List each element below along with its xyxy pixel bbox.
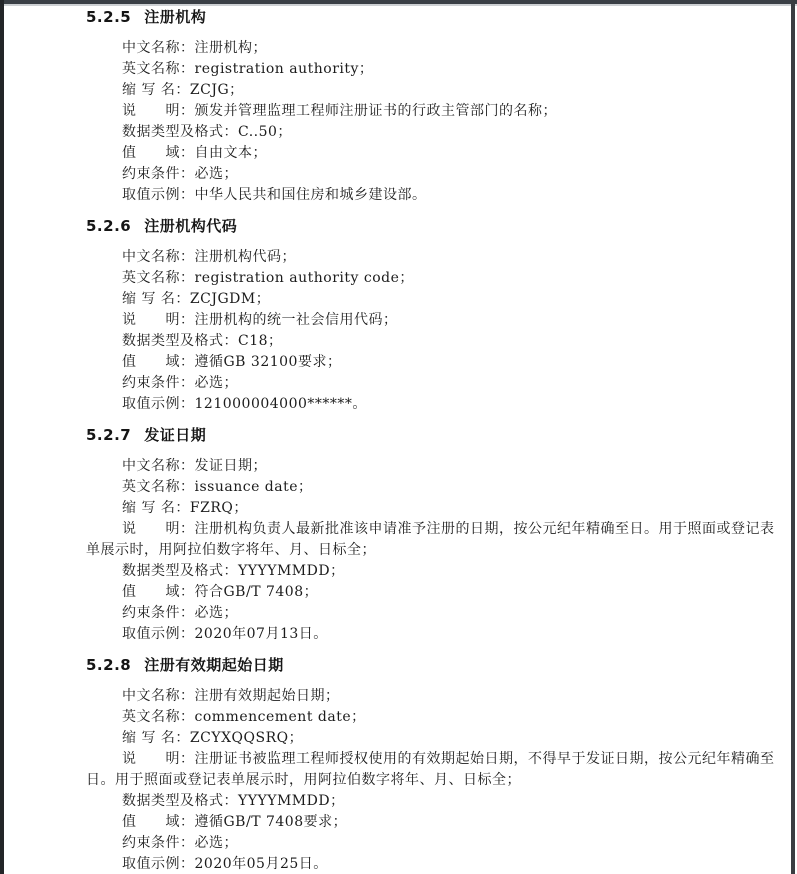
scan-edge-right	[791, 0, 795, 874]
section-title: 注册有效期起始日期	[144, 656, 284, 674]
page-content: 5.2.5注册机构 中文名称：注册机构； 英文名称：registration a…	[86, 9, 776, 874]
field-line-abbreviation: 缩 写 名：ZCJG；	[86, 80, 776, 101]
field-line-example: 取值示例：2020年07月13日。	[86, 624, 776, 645]
section-number: 5.2.6	[86, 217, 131, 235]
section-heading: 5.2.5注册机构	[86, 9, 776, 26]
field-line-value-domain: 值 域：自由文本；	[86, 143, 776, 164]
field-line-data-type: 数据类型及格式：YYYYMMDD；	[86, 561, 776, 582]
section-number: 5.2.5	[86, 8, 131, 26]
field-line-chinese-name: 中文名称：注册机构；	[86, 38, 776, 59]
section-title: 注册机构代码	[144, 217, 237, 235]
section-number: 5.2.8	[86, 656, 131, 674]
field-line-abbreviation: 缩 写 名：FZRQ；	[86, 498, 776, 519]
section-5-2-5: 5.2.5注册机构 中文名称：注册机构； 英文名称：registration a…	[86, 9, 776, 206]
section-heading: 5.2.6注册机构代码	[86, 218, 776, 235]
section-heading: 5.2.8注册有效期起始日期	[86, 657, 776, 674]
field-line-data-type: 数据类型及格式：C..50；	[86, 122, 776, 143]
section-heading: 5.2.7发证日期	[86, 427, 776, 444]
field-line-constraint: 约束条件：必选；	[86, 603, 776, 624]
field-line-constraint: 约束条件：必选；	[86, 833, 776, 854]
field-line-data-type: 数据类型及格式：YYYYMMDD；	[86, 791, 776, 812]
field-line-constraint: 约束条件：必选；	[86, 373, 776, 394]
field-line-description: 说 明：注册机构负责人最新批准该申请准予注册的日期，按公元纪年精确至日。用于照面…	[86, 519, 776, 561]
section-body: 中文名称：注册机构代码； 英文名称：registration authority…	[86, 247, 776, 415]
section-5-2-7: 5.2.7发证日期 中文名称：发证日期； 英文名称：issuance date；…	[86, 427, 776, 645]
section-5-2-8: 5.2.8注册有效期起始日期 中文名称：注册有效期起始日期； 英文名称：comm…	[86, 657, 776, 874]
field-line-english-name: 英文名称：registration authority；	[86, 59, 776, 80]
scan-edge-top-highlight	[0, 4, 797, 6]
section-title: 发证日期	[144, 426, 206, 444]
field-line-chinese-name: 中文名称：注册机构代码；	[86, 247, 776, 268]
field-line-value-domain: 值 域：遵循GB 32100要求；	[86, 352, 776, 373]
scan-edge-left	[0, 0, 4, 874]
field-line-description: 说 明：注册机构的统一社会信用代码；	[86, 310, 776, 331]
field-line-value-domain: 值 域：遵循GB/T 7408要求；	[86, 812, 776, 833]
field-line-value-domain: 值 域：符合GB/T 7408；	[86, 582, 776, 603]
field-line-example: 取值示例：中华人民共和国住房和城乡建设部。	[86, 185, 776, 206]
field-line-description: 说 明：颁发并管理监理工程师注册证书的行政主管部门的名称；	[86, 101, 776, 122]
field-line-example: 取值示例：121000004000******。	[86, 394, 776, 415]
field-line-description: 说 明：注册证书被监理工程师授权使用的有效期起始日期，不得早于发证日期，按公元纪…	[86, 749, 776, 791]
field-line-english-name: 英文名称：registration authority code；	[86, 268, 776, 289]
field-line-english-name: 英文名称：issuance date；	[86, 477, 776, 498]
section-number: 5.2.7	[86, 426, 131, 444]
section-5-2-6: 5.2.6注册机构代码 中文名称：注册机构代码； 英文名称：registrati…	[86, 218, 776, 415]
field-line-example: 取值示例：2020年05月25日。	[86, 854, 776, 874]
field-line-english-name: 英文名称：commencement date；	[86, 707, 776, 728]
section-body: 中文名称：发证日期； 英文名称：issuance date； 缩 写 名：FZR…	[86, 456, 776, 645]
section-body: 中文名称：注册机构； 英文名称：registration authority； …	[86, 38, 776, 206]
section-title: 注册机构	[144, 8, 206, 26]
field-line-chinese-name: 中文名称：发证日期；	[86, 456, 776, 477]
field-line-abbreviation: 缩 写 名：ZCJGDM；	[86, 289, 776, 310]
field-line-constraint: 约束条件：必选；	[86, 164, 776, 185]
field-line-data-type: 数据类型及格式：C18；	[86, 331, 776, 352]
section-body: 中文名称：注册有效期起始日期； 英文名称：commencement date； …	[86, 686, 776, 874]
field-line-chinese-name: 中文名称：注册有效期起始日期；	[86, 686, 776, 707]
field-line-abbreviation: 缩 写 名：ZCYXQQSRQ；	[86, 728, 776, 749]
